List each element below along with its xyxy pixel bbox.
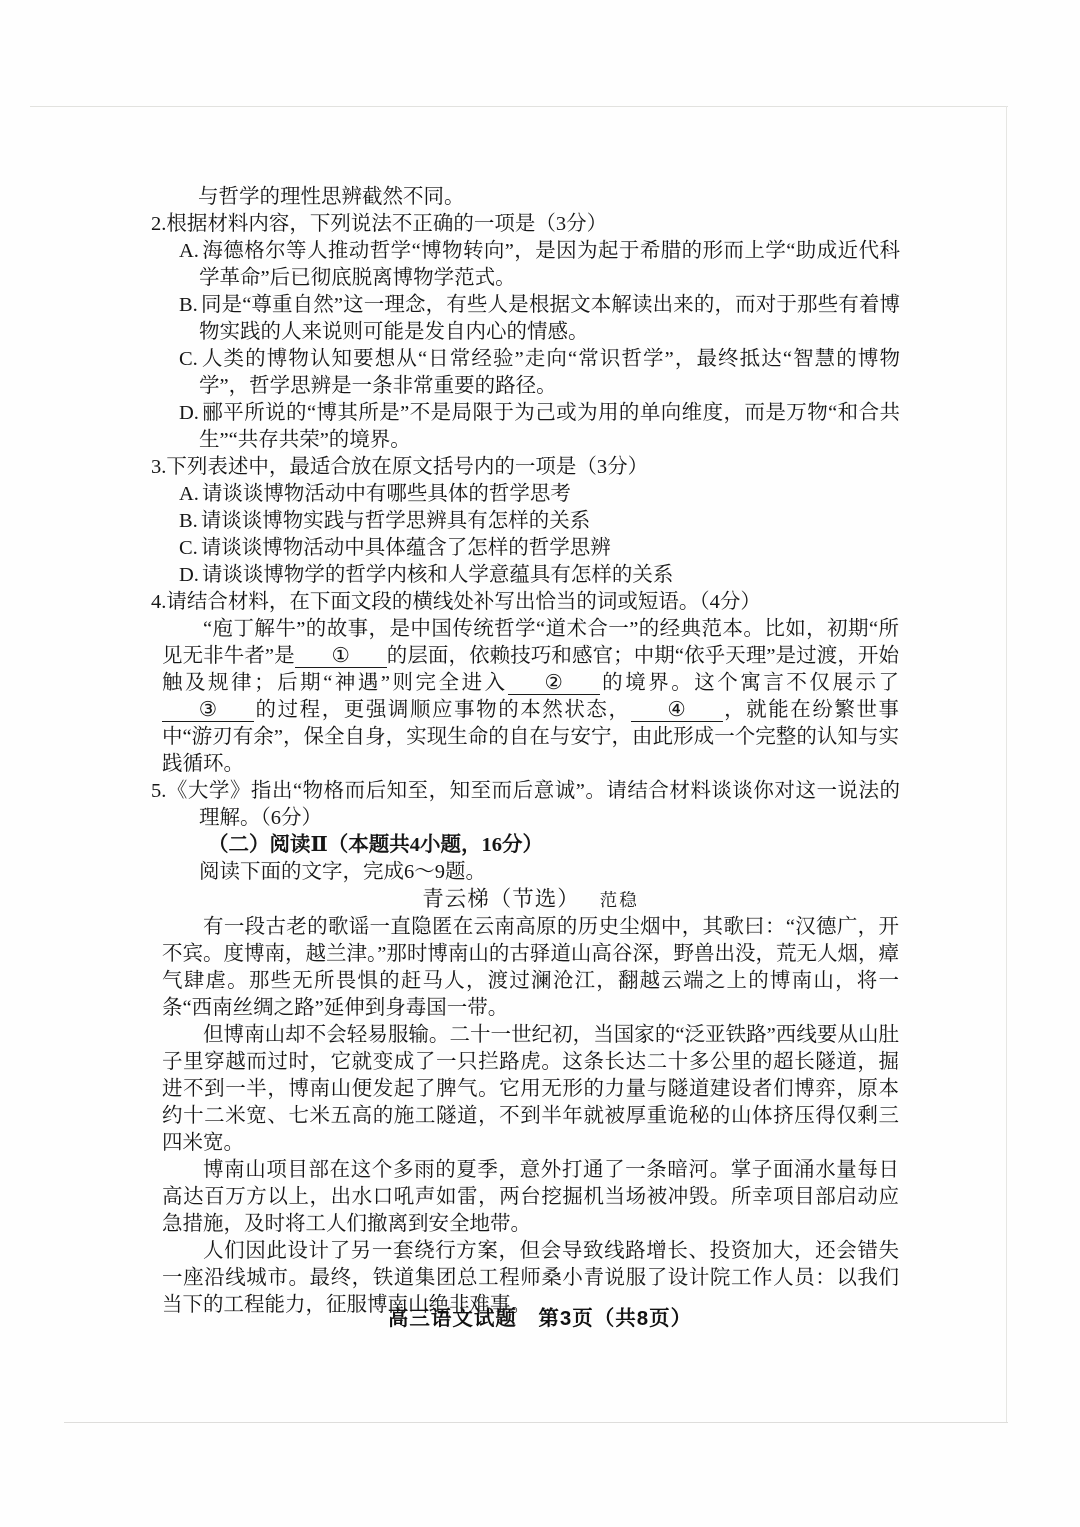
fill-text: 的过程，更强调顺应事物的本然状态， xyxy=(254,699,631,721)
option-label: B. xyxy=(179,510,198,532)
fill-blank: ① xyxy=(295,646,387,668)
passage-paragraph: 有一段古老的歌谣一直隐匿在云南高原的历史尘烟中，其歌曰：“汉德广，开不宾。度博南… xyxy=(162,914,899,1022)
exam-scan-page: 与哲学的理性思辨截然不同。 2.根据材料内容，下列说法不正确的一项是（3分） A… xyxy=(0,0,1080,1527)
option-label: B. xyxy=(179,294,198,316)
passage-paragraph: 但博南山却不会轻易服输。二十一世纪初，当国家的“泛亚铁路”西线要从山肚子里穿越而… xyxy=(162,1022,899,1157)
option-label: A. xyxy=(179,240,199,262)
option-item: B.请谈谈博物实践与哲学思辨具有怎样的关系 xyxy=(179,508,900,535)
option-item: D.请谈谈博物学的哲学内核和人学意蕴具有怎样的关系 xyxy=(179,562,900,589)
question-2-options: A.海德格尔等人推动哲学“博物转向”，是因为起于希腊的形而上学“助成近代科学革命… xyxy=(0,238,1080,454)
previous-option-continuation: 与哲学的理性思辨截然不同。 xyxy=(198,184,1080,211)
option-label: D. xyxy=(179,402,199,424)
option-label: D. xyxy=(179,564,199,586)
option-label: C. xyxy=(179,537,198,559)
page-footer: 高三语文试题 第3页（共8页） xyxy=(0,1301,1080,1331)
question-4-fill-paragraph: “庖丁解牛”的故事，是中国传统哲学“道术合一”的经典范本。比如，初期“所见无非牛… xyxy=(162,616,899,778)
question-3-stem: 3.下列表述中，最适合放在原文括号内的一项是（3分） xyxy=(151,454,900,481)
section-2-heading: （二）阅读Ⅱ（本题共4小题，16分） xyxy=(208,832,1080,859)
question-3-options: A.请谈谈博物活动中有哪些具体的哲学思考B.请谈谈博物实践与哲学思辨具有怎样的关… xyxy=(0,481,1080,589)
option-label: C. xyxy=(179,348,198,370)
fill-blank: ③ xyxy=(162,700,254,722)
passage-paragraph: 博南山项目部在这个多雨的夏季，意外打通了一条暗河。掌子面涌水量每日高达百万方以上… xyxy=(162,1157,899,1238)
passage-title-line: 青云梯（节选）范稳 xyxy=(162,886,899,914)
page-content: 与哲学的理性思辨截然不同。 2.根据材料内容，下列说法不正确的一项是（3分） A… xyxy=(0,184,1080,1319)
scan-edge-bottom xyxy=(64,1422,1008,1423)
reading-instruction: 阅读下面的文字，完成6～9题。 xyxy=(199,859,1080,886)
option-item: B.同是“尊重自然”这一理念，有些人是根据文本解读出来的，而对于那些有着博物实践… xyxy=(179,292,900,346)
option-item: C.请谈谈博物活动中具体蕴含了怎样的哲学思辨 xyxy=(179,535,900,562)
option-label: A. xyxy=(179,483,199,505)
option-item: A.请谈谈博物活动中有哪些具体的哲学思考 xyxy=(179,481,900,508)
option-item: D.郦平所说的“博其所是”不是局限于为己或为用的单向维度，而是万物“和合共生”“… xyxy=(179,400,900,454)
option-item: C.人类的博物认知要想从“日常经验”走向“常识哲学”，最终抵达“智慧的博物学”，… xyxy=(179,346,900,400)
question-2-stem: 2.根据材料内容，下列说法不正确的一项是（3分） xyxy=(151,211,900,238)
fill-blank: ② xyxy=(508,673,600,695)
scan-edge-top xyxy=(30,106,1008,107)
passage-title: 青云梯（节选） xyxy=(422,887,580,911)
option-item: A.海德格尔等人推动哲学“博物转向”，是因为起于希腊的形而上学“助成近代科学革命… xyxy=(179,238,900,292)
fill-blank: ④ xyxy=(631,700,723,722)
question-4-stem: 4.请结合材料，在下面文段的横线处补写出恰当的词或短语。（4分） xyxy=(151,589,900,616)
reading-passage: 有一段古老的歌谣一直隐匿在云南高原的历史尘烟中，其歌曰：“汉德广，开不宾。度博南… xyxy=(0,914,1080,1319)
passage-author: 范稳 xyxy=(600,890,639,910)
question-5-stem: 5.《大学》指出“物格而后知至，知至而后意诚”。请结合材料谈谈你对这一说法的理解… xyxy=(151,778,900,832)
fill-text: 的境界。这个寓言不仅展示了 xyxy=(600,672,899,694)
